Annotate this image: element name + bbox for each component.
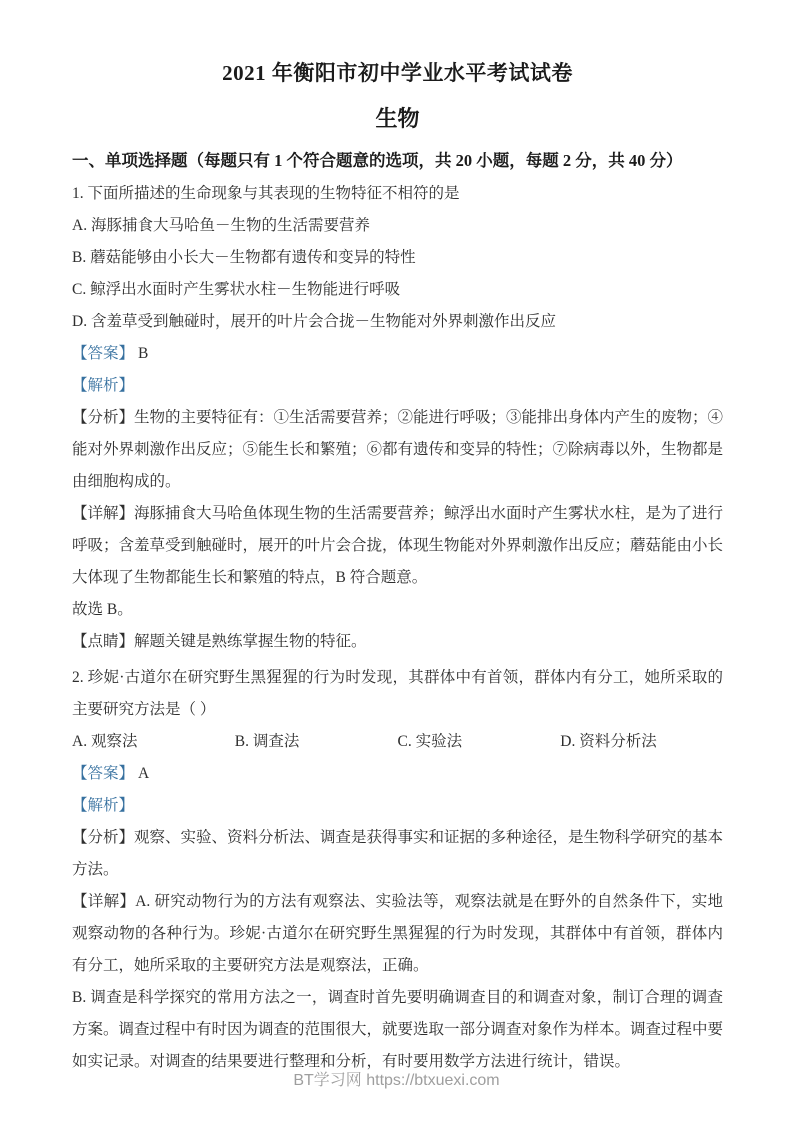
question-1-option-d: D. 含羞草受到触碰时，展开的叶片会合拢－生物能对外界刺激作出反应 (72, 306, 723, 338)
question-2-options-row: A. 观察法 B. 调查法 C. 实验法 D. 资料分析法 (72, 726, 723, 758)
question-1-stem: 1. 下面所描述的生命现象与其表现的生物特征不相符的是 (72, 178, 723, 210)
question-2-detail-paragraph-b: B. 调查是科学探究的常用方法之一，调查时首先要明确调查目的和调查对象，制订合理… (72, 982, 723, 1078)
question-1-option-b: B. 蘑菇能够由小长大－生物都有遗传和变异的特性 (72, 242, 723, 274)
section-heading: 一、单项选择题（每题只有 1 个符合题意的选项，共 20 小题，每题 2 分，共… (72, 144, 723, 178)
question-2-analysis-paragraph: 【分析】观察、实验、资料分析法、调查是获得事实和证据的多种途径，是生物科学研究的… (72, 822, 723, 886)
question-1-analysis-paragraph: 【分析】生物的主要特征有：①生活需要营养；②能进行呼吸；③能排出身体内产生的废物… (72, 402, 723, 498)
question-1-conclusion: 故选 B。 (72, 594, 723, 626)
question-2-option-c: C. 实验法 (398, 726, 561, 758)
footer-link[interactable]: BT学习网 https://btxuexi.com (293, 1072, 499, 1089)
question-1-answer-line: 【答案】B (72, 338, 723, 370)
question-2-analysis-line: 【解析】 (72, 790, 723, 822)
answer-label: 【答案】 (72, 765, 134, 782)
document-content: 2021 年衡阳市初中学业水平考试试卷 生物 一、单项选择题（每题只有 1 个符… (72, 58, 723, 1078)
question-1-analysis-line: 【解析】 (72, 370, 723, 402)
question-1-block: 1. 下面所描述的生命现象与其表现的生物特征不相符的是 A. 海豚捕食大马哈鱼－… (72, 178, 723, 658)
question-1-detail-paragraph: 【详解】海豚捕食大马哈鱼体现生物的生活需要营养；鲸浮出水面时产生雾状水柱，是为了… (72, 498, 723, 594)
analysis-label: 【解析】 (72, 377, 134, 394)
exam-document-page: 2021 年衡阳市初中学业水平考试试卷 生物 一、单项选择题（每题只有 1 个符… (0, 0, 793, 1122)
question-2-stem: 2. 珍妮·古道尔在研究野生黑猩猩的行为时发现，其群体中有首领，群体内有分工，她… (72, 662, 723, 726)
answer-value: A (138, 765, 149, 782)
question-1-tip-paragraph: 【点睛】解题关键是熟练掌握生物的特征。 (72, 626, 723, 658)
question-1-option-a: A. 海豚捕食大马哈鱼－生物的生活需要营养 (72, 210, 723, 242)
answer-value: B (138, 345, 148, 362)
footer-watermark: BT学习网 https://btxuexi.com (0, 1070, 793, 1092)
question-2-option-b: B. 调查法 (235, 726, 398, 758)
doc-subject: 生物 (72, 104, 723, 134)
question-2-option-d: D. 资料分析法 (560, 726, 723, 758)
question-2-answer-line: 【答案】A (72, 758, 723, 790)
analysis-label: 【解析】 (72, 797, 134, 814)
answer-label: 【答案】 (72, 345, 134, 362)
question-2-detail-paragraph-a: 【详解】A. 研究动物行为的方法有观察法、实验法等，观察法就是在野外的自然条件下… (72, 886, 723, 982)
question-2-option-a: A. 观察法 (72, 726, 235, 758)
question-1-option-c: C. 鲸浮出水面时产生雾状水柱－生物能进行呼吸 (72, 274, 723, 306)
doc-title: 2021 年衡阳市初中学业水平考试试卷 (72, 58, 723, 88)
question-2-block: 2. 珍妮·古道尔在研究野生黑猩猩的行为时发现，其群体中有首领，群体内有分工，她… (72, 662, 723, 1078)
